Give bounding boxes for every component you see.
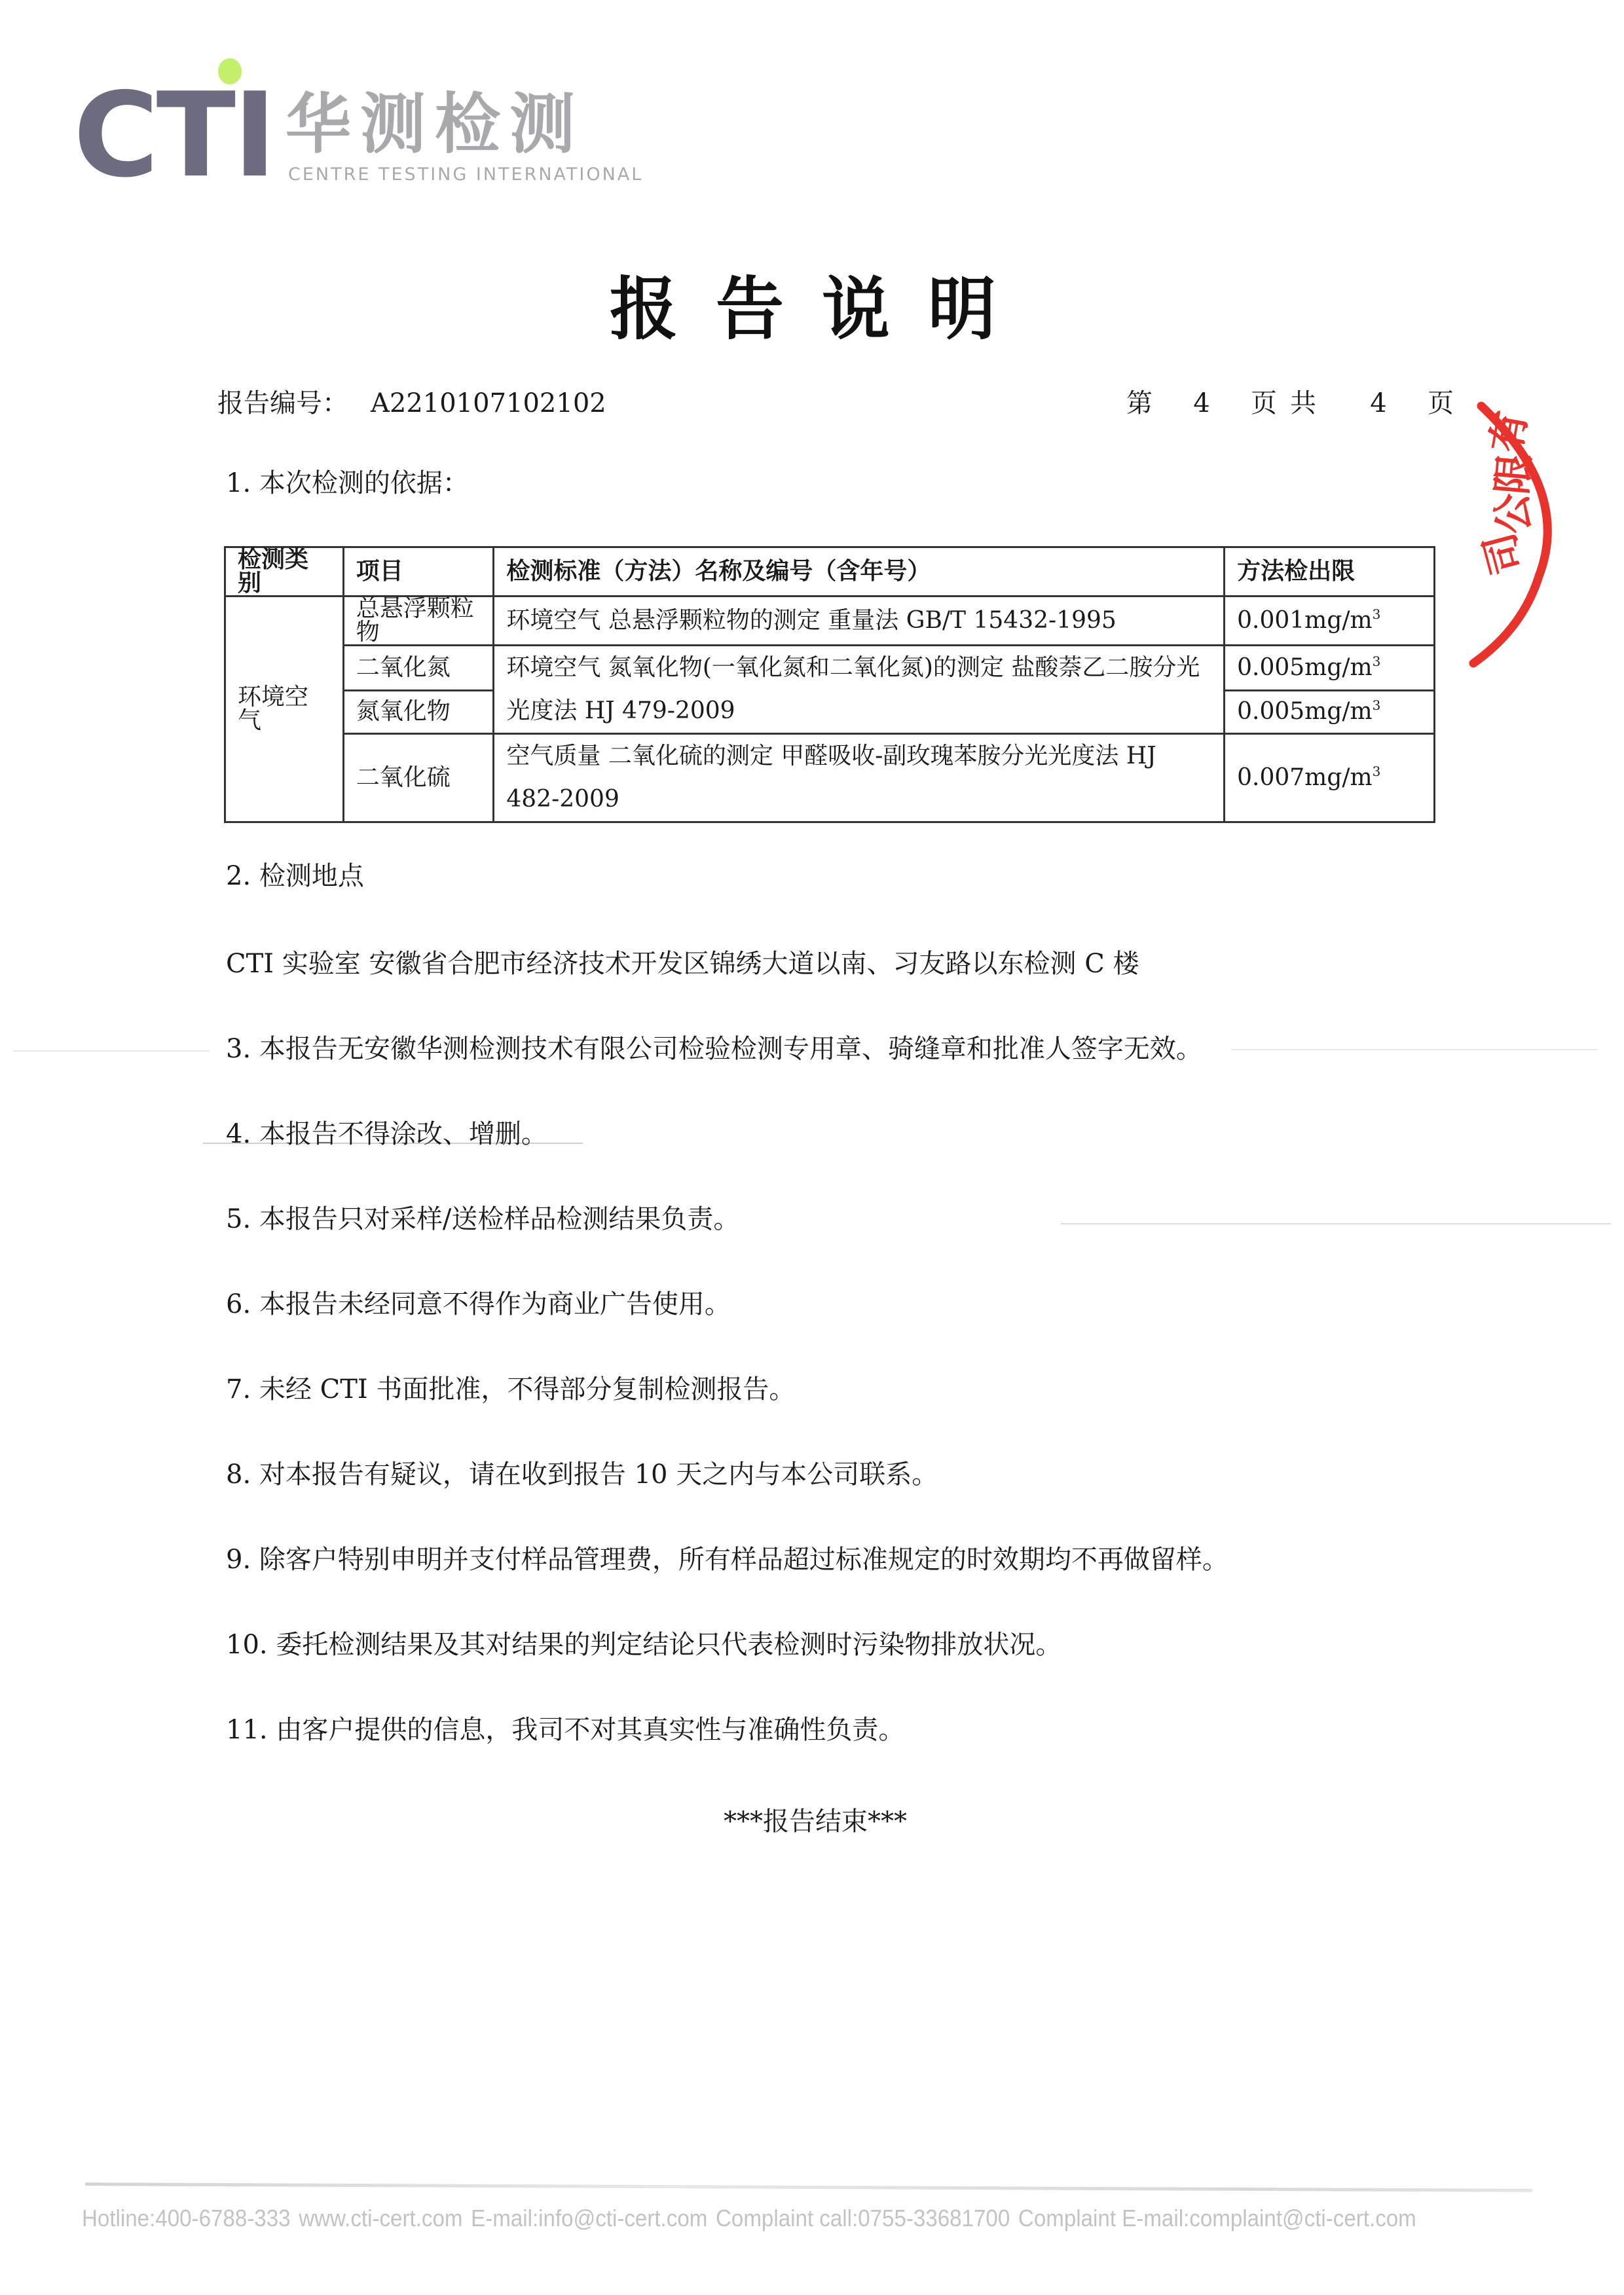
scan-artifact (13, 1050, 210, 1052)
column-header: 项目 (343, 547, 494, 597)
note-item: 10. 委托检测结果及其对结果的判定结论只代表检测时污染物排放状况。 (226, 1632, 1061, 1658)
footer-complaint-email: Complaint E-mail:complaint@cti-cert.com (1018, 2207, 1416, 2230)
limit-exponent: 3 (1373, 697, 1381, 713)
standard-cell: 环境空气 总悬浮颗粒物的测定 重量法 GB/T 15432-1995 (494, 597, 1225, 646)
item-cell: 二氧化氮 (343, 646, 494, 691)
note-item: 11. 由客户提供的信息，我司不对其真实性与准确性负责。 (226, 1717, 904, 1743)
scan-artifact (1061, 1223, 1611, 1224)
footer-complaint-call: Complaint call:0755-33681700 (716, 2207, 1010, 2230)
limit-cell: 0.007mg/m3 (1225, 734, 1435, 822)
report-number-label: 报告编号： (217, 388, 348, 418)
table-row: 环境空气 总悬浮颗粒物 环境空气 总悬浮颗粒物的测定 重量法 GB/T 1543… (225, 597, 1435, 646)
limit-cell: 0.005mg/m3 (1225, 646, 1435, 691)
limit-value: 0.005mg/m (1237, 654, 1373, 681)
footer: Hotline:400-6788-333 www.cti-cert.com E-… (82, 2207, 1416, 2230)
standard-cell: 环境空气 氮氧化物(一氧化氮和二氧化氮)的测定 盐酸萘乙二胺分光光度法 HJ 4… (494, 646, 1225, 734)
footer-email: E-mail:info@cti-cert.com (471, 2207, 707, 2230)
company-seal: 有 限 公 司 (1408, 380, 1604, 688)
column-header: 检测标准（方法）名称及编号（含年号） (494, 547, 1225, 597)
note-item: 8. 对本报告有疑议，请在收到报告 10 天之内与本公司联系。 (226, 1461, 938, 1488)
section-2-heading: 2. 检测地点 (226, 863, 364, 889)
seal-char: 公 (1488, 491, 1539, 536)
standards-table: 检测类别 项目 检测标准（方法）名称及编号（含年号） 方法检出限 环境空气 总悬… (224, 546, 1435, 823)
item-cell: 氮氧化物 (343, 690, 494, 733)
limit-exponent: 3 (1373, 653, 1381, 669)
page-current: 4 (1193, 390, 1209, 416)
page-info: 第 4 页共 4 页 (1126, 390, 1454, 416)
item-cell: 二氧化硫 (343, 734, 494, 822)
section-1-heading: 1. 本次检测的依据： (226, 470, 469, 496)
logo-name-en: CENTRE TESTING INTERNATIONAL (288, 166, 643, 183)
seal-char: 限 (1488, 452, 1539, 496)
report-number-value: A2210107102102 (371, 388, 606, 418)
logo-brand: CTI (73, 77, 274, 194)
limit-value: 0.001mg/m (1237, 607, 1373, 634)
footer-divider (85, 2182, 1532, 2192)
limit-exponent: 3 (1373, 606, 1381, 622)
column-header: 检测类别 (225, 547, 344, 597)
item-cell: 总悬浮颗粒物 (343, 597, 494, 646)
limit-value: 0.007mg/m (1237, 764, 1373, 791)
page-total: 4 (1370, 390, 1386, 416)
seal-char: 有 (1482, 407, 1536, 456)
test-location: CTI 实验室 安徽省合肥市经济技术开发区锦绣大道以南、习友路以东检测 C 楼 (226, 951, 1139, 977)
limit-cell: 0.001mg/m3 (1225, 597, 1435, 646)
table-row: 二氧化硫 空气质量 二氧化硫的测定 甲醛吸收-副玫瑰苯胺分光光度法 HJ 482… (225, 734, 1435, 822)
scan-artifact (1231, 1049, 1598, 1050)
page-title: 报告说明 (0, 275, 1624, 343)
note-item: 5. 本报告只对采样/送检样品检测结果负责。 (226, 1206, 739, 1232)
note-item: 9. 除客户特别申明并支付样品管理费，所有样品超过标准规定的时效期均不再做留样。 (226, 1547, 1228, 1573)
limit-value: 0.005mg/m (1237, 698, 1373, 725)
column-header: 方法检出限 (1225, 547, 1435, 597)
report-end-mark: ***报告结束*** (0, 1801, 1624, 1838)
limit-cell: 0.005mg/m3 (1225, 690, 1435, 733)
note-item: 4. 本报告不得涂改、增删。 (226, 1121, 547, 1147)
report-number: 报告编号：A2210107102102 (217, 390, 606, 416)
seal-char: 司 (1475, 528, 1532, 579)
footer-hotline: Hotline:400-6788-333 (82, 2207, 291, 2230)
standard-cell: 空气质量 二氧化硫的测定 甲醛吸收-副玫瑰苯胺分光光度法 HJ 482-2009 (494, 734, 1225, 822)
logo-name-cn: 华测检测 (286, 92, 584, 157)
category-cell: 环境空气 (225, 597, 344, 822)
page-prefix: 第 (1126, 390, 1153, 416)
limit-exponent: 3 (1373, 763, 1381, 779)
footer-website: www.cti-cert.com (299, 2207, 462, 2230)
table-row: 二氧化氮 环境空气 氮氧化物(一氧化氮和二氧化氮)的测定 盐酸萘乙二胺分光光度法… (225, 646, 1435, 691)
note-item: 6. 本报告未经同意不得作为商业广告使用。 (226, 1291, 731, 1317)
note-item: 7. 未经 CTI 书面批准，不得部分复制检测报告。 (226, 1376, 795, 1403)
note-item: 3. 本报告无安徽华测检测技术有限公司检验检测专用章、骑缝章和批准人签字无效。 (226, 1036, 1202, 1062)
table-header-row: 检测类别 项目 检测标准（方法）名称及编号（含年号） 方法检出限 (225, 547, 1435, 597)
page-middle: 页共 (1251, 390, 1329, 416)
